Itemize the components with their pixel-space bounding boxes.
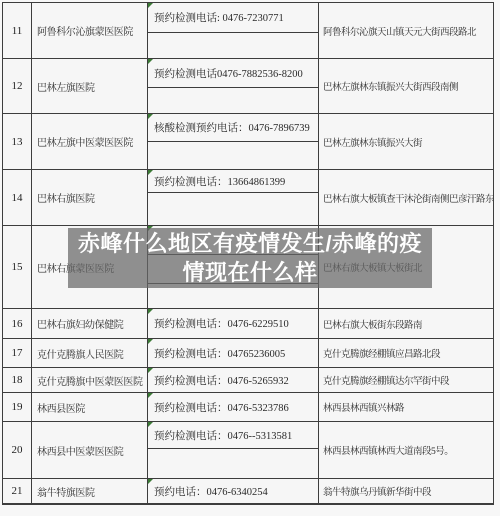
overlay-caption-line1: 赤峰什么地区有疫情发生/赤峰的疫: [78, 229, 422, 258]
phone-text: 预约电话：0476-6340254: [148, 484, 318, 499]
table-row: 20 林西县中医蒙医医院 预约检测电话：0476--5313581 林西县林西镇…: [3, 422, 493, 479]
phone-text: 预约检测电话：0476-6229510: [148, 316, 318, 331]
row-number: 17: [3, 339, 32, 367]
phone-cell: 核酸检测预约电话：0476-7896739: [148, 114, 319, 169]
hospital-address: 阿鲁科尔沁旗天山镇天元大街西段路北: [319, 3, 493, 58]
excel-error-triangle-icon: [148, 309, 153, 314]
hospital-address: 林西县林西镇兴林路: [319, 393, 493, 421]
row-number: 16: [3, 309, 32, 338]
row-number: 19: [3, 393, 32, 421]
phone-cell: 预约电话：0476-6340254: [148, 479, 319, 503]
hospital-name: 克什克腾旗人民医院: [32, 339, 148, 367]
hospital-name: 巴林左旗医院: [32, 59, 148, 113]
table-row: 18 克什克腾旗中医蒙医医院 预约检测电话：0476-5265932 克什克腾旗…: [3, 368, 493, 393]
overlay-caption-line2: 情现在什么样: [182, 258, 317, 287]
phone-empty-subcell: [148, 88, 318, 113]
table-row: 13 巴林左旗中医蒙医医院 核酸检测预约电话：0476-7896739 巴林左旗…: [3, 114, 493, 170]
table-row: 11 阿鲁科尔沁旗蒙医医院 预约检测电话: 0476-7230771 阿鲁科尔沁…: [3, 3, 493, 59]
phone-cell: 预约检测电话：0476-5323786: [148, 393, 319, 421]
table-row: 17 克什克腾旗人民医院 预约检测电话：04765236005 克什克腾旗经棚镇…: [3, 339, 493, 368]
phone-cell: 预约检测电话：0476-5265932: [148, 368, 319, 392]
phone-text: 核酸检测预约电话：0476-7896739: [148, 114, 318, 142]
hospital-address: 巴林左旗林东镇振兴大街: [319, 114, 493, 169]
row-number: 20: [3, 422, 32, 478]
phone-cell: 预约检测电话: 0476-7230771: [148, 3, 319, 58]
table-row: 16 巴林右旗妇幼保健院 预约检测电话：0476-6229510 巴林右旗大板街…: [3, 309, 493, 339]
hospital-name: 克什克腾旗中医蒙医医院: [32, 368, 148, 392]
table-row: 21 翁牛特旗医院 预约电话：0476-6340254 翁牛特旗乌丹镇新华街中段: [3, 479, 493, 504]
overlay-caption: 赤峰什么地区有疫情发生/赤峰的疫 情现在什么样: [68, 228, 432, 288]
phone-cell: 预约检测电话：13664861399: [148, 170, 319, 225]
hospital-name: 翁牛特旗医院: [32, 479, 148, 503]
row-number: 18: [3, 368, 32, 392]
table-row: 19 林西县医院 预约检测电话：0476-5323786 林西县林西镇兴林路: [3, 393, 493, 422]
phone-empty-subcell: [148, 449, 318, 478]
phone-text: 预约检测电话0476-7882536-8200: [148, 59, 318, 88]
hospital-address: 林西县林西镇林西大道南段5号。: [319, 422, 493, 478]
excel-error-triangle-icon: [148, 393, 153, 398]
hospital-address: 翁牛特旗乌丹镇新华街中段: [319, 479, 493, 503]
phone-text: 预约检测电话：04765236005: [148, 346, 318, 361]
phone-text: 预约检测电话: 0476-7230771: [148, 3, 318, 33]
table-row: 12 巴林左旗医院 预约检测电话0476-7882536-8200 巴林左旗林东…: [3, 59, 493, 114]
row-number: 12: [3, 59, 32, 113]
phone-empty-subcell: [148, 193, 318, 225]
excel-error-triangle-icon: [148, 114, 153, 119]
row-number: 13: [3, 114, 32, 169]
row-number: 21: [3, 479, 32, 503]
phone-empty-subcell: [148, 142, 318, 169]
hospital-address: 巴林左旗林东镇振兴大街西段南侧: [319, 59, 493, 113]
row-number: 15: [3, 226, 32, 308]
excel-error-triangle-icon: [148, 339, 153, 344]
phone-cell: 预约检测电话0476-7882536-8200: [148, 59, 319, 113]
hospital-name: 阿鲁科尔沁旗蒙医医院: [32, 3, 148, 58]
excel-error-triangle-icon: [148, 422, 153, 427]
phone-text: 预约检测电话：0476--5313581: [148, 422, 318, 449]
excel-error-triangle-icon: [148, 170, 153, 175]
hospital-name: 巴林左旗中医蒙医医院: [32, 114, 148, 169]
phone-cell: 预约检测电话：0476--5313581: [148, 422, 319, 478]
table-row: 14 巴林右旗医院 预约检测电话：13664861399 巴林右旗大板镇查干沐沦…: [3, 170, 493, 226]
hospital-name: 巴林右旗医院: [32, 170, 148, 225]
excel-error-triangle-icon: [148, 368, 153, 373]
excel-error-triangle-icon: [148, 3, 153, 8]
hospital-name: 巴林右旗妇幼保健院: [32, 309, 148, 338]
phone-cell: 预约检测电话：04765236005: [148, 339, 319, 367]
hospital-address: 巴林右旗大板镇查干沐沦街南侧巴彦汗路东: [319, 170, 493, 225]
row-number: 11: [3, 3, 32, 58]
hospital-address: 克什克腾旗经棚镇应昌路北段: [319, 339, 493, 367]
excel-error-triangle-icon: [148, 59, 153, 64]
hospital-address: 克什克腾旗经棚镇达尔罕街中段: [319, 368, 493, 392]
hospital-address: 巴林右旗大板街东段路南: [319, 309, 493, 338]
excel-error-triangle-icon: [148, 479, 153, 484]
hospital-name: 林西县中医蒙医医院: [32, 422, 148, 478]
phone-text: 预约检测电话：13664861399: [148, 170, 318, 193]
phone-text: 预约检测电话：0476-5265932: [148, 373, 318, 388]
phone-cell: 预约检测电话：0476-6229510: [148, 309, 319, 338]
hospital-name: 林西县医院: [32, 393, 148, 421]
phone-text: 预约检测电话：0476-5323786: [148, 400, 318, 415]
phone-empty-subcell: [148, 33, 318, 58]
row-number: 14: [3, 170, 32, 225]
